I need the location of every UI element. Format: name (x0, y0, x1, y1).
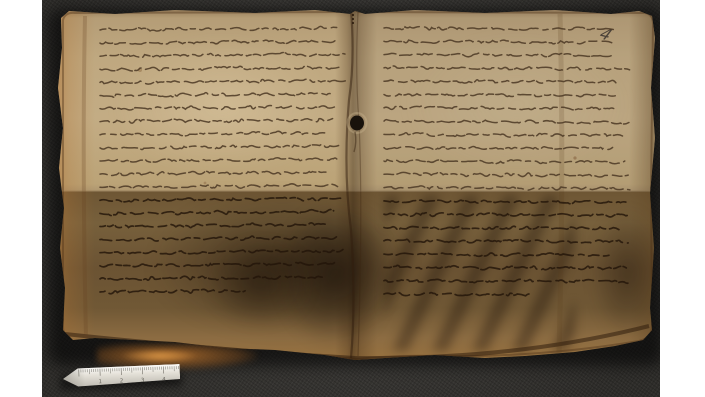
wormhole-tail-crease (354, 132, 356, 152)
wormhole (350, 116, 364, 131)
parchment-edge-glow-bright (120, 349, 198, 363)
manuscript-detail-layer: 4 (55, 8, 659, 360)
left-page-fold (84, 16, 86, 338)
right-page-fold (559, 14, 562, 353)
right-page-text (384, 27, 630, 296)
manuscript-spread: 4 (55, 8, 659, 360)
svg-text:1: 1 (99, 379, 103, 385)
left-page-text (100, 26, 345, 293)
page-edge-outline (63, 11, 653, 360)
gutter-crease-main (346, 10, 353, 358)
stain-spot-2 (573, 156, 576, 159)
stain-spot-3 (204, 182, 207, 185)
gutter-crease-secondary (357, 12, 361, 356)
photo-area: 4 12345 (42, 0, 660, 397)
manuscript-photo: 4 12345 (0, 0, 705, 397)
